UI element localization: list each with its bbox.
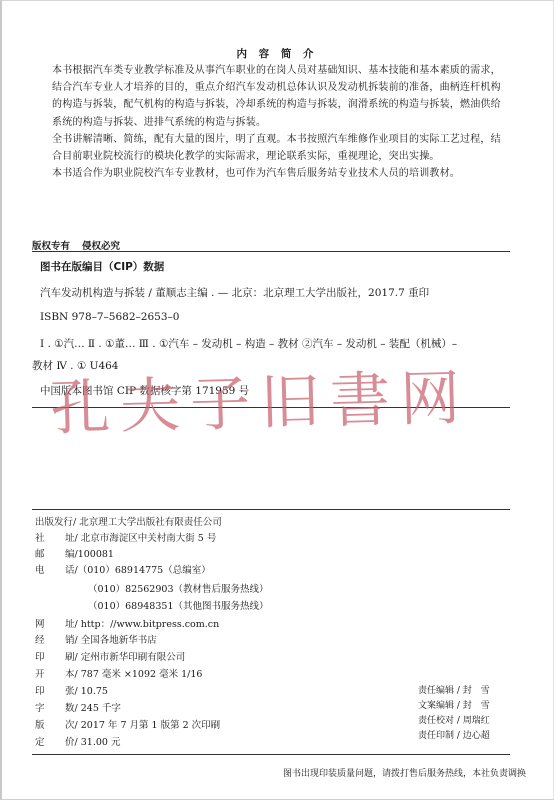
divider-bottom [32,754,510,755]
cip-record-number: 中国版本图书馆 CIP 数据核字第 171959 号 [40,383,249,398]
phone-other-hotline: （010）68948351（其他图书服务热线） [88,598,269,612]
distributor-value: / 全国各地新华书店 [75,633,157,648]
edition-value: / 2017 年 7 月第 1 版第 2 次印刷 [75,718,221,733]
price-row: 定价/ 31.00 元 [35,735,120,750]
editor-copy: 文案编辑 / 封 雪 [418,699,508,714]
format-value: / 787 毫米 ×1092 毫米 1/16 [75,667,203,682]
intro-paragraph-1: 本书根据汽车类专业教学标准及从事汽车职业的在岗人员对基础知识、基本技能和基本素质… [32,62,502,131]
address-value: / 北京市海淀区中关村南大街 5 号 [75,531,217,546]
editor-printing: 责任印制 / 边心超 [418,729,508,744]
cip-bibliographic-line: 汽车发动机构造与拆装 / 董顺志主编 . — 北京：北京理工大学出版社，2017… [40,285,429,300]
cip-classification-2: 教材 Ⅳ . ① U464 [32,358,118,373]
intro-paragraph-1-text: 本书根据汽车类专业教学标准及从事汽车职业的在岗人员对基础知识、基本技能和基本素质… [32,62,502,131]
divider-publisher-top [32,509,510,510]
intro-paragraph-3-text: 本书适合作为职业院校汽车专业教材，也可作为汽车售后服务站专业技术人员的培训教材。 [32,165,502,182]
price-value: / 31.00 元 [75,735,121,750]
format-row: 开本/ 787 毫米 ×1092 毫米 1/16 [35,667,202,682]
postcode-row: 邮编/100081 [35,547,114,562]
distributor-row: 经销/ 全国各地新华书店 [35,633,157,648]
intro-title: 内 容 简 介 [0,46,554,61]
phone-value: /（010）68914775（总编室） [75,563,211,578]
divider-top [32,251,510,252]
publisher-row: 出版发行/ 北京理工大学出版社有限责任公司 [35,515,222,530]
edition-row: 版次/ 2017 年 7 月第 1 版第 2 次印刷 [35,718,220,733]
word-count-value: / 245 千字 [75,701,121,716]
cip-classification-1: Ⅰ . ①汽… Ⅱ . ①董… Ⅲ . ①汽车 – 发动机 – 构造 – 教材 … [40,336,457,351]
cip-isbn: ISBN 978–7–5682–2653–0 [40,311,179,323]
editor-responsible: 责任编辑 / 封 雪 [418,684,508,699]
intro-paragraph-2: 全书讲解清晰、简练，配有大量的图片，明了直观。本书按照汽车维修作业项目的实际工艺… [32,131,502,165]
sheets-value: / 10.75 [75,684,108,699]
copyright-notice: 版权专有侵权必究 [32,238,120,252]
website-value: / http：//www.bitpress.com.cn [75,617,220,632]
publisher-value: / 北京理工大学出版社有限责任公司 [73,515,222,530]
phone-sales-hotline: （010）82562903（教材售后服务热线） [88,581,269,595]
quality-notice: 图书出现印装质量问题，请拨打售后服务热线，本社负责调换 [283,766,526,779]
sheets-row: 印张/ 10.75 [35,684,108,699]
printer-row: 印刷/ 定州市新华印刷有限公司 [35,650,185,665]
address-row: 社址/ 北京市海淀区中关村南大街 5 号 [35,531,216,546]
word-count-row: 字数/ 245 千字 [35,701,121,716]
phone-row: 电话/（010）68914775（总编室） [35,563,211,578]
intro-paragraph-2-text: 全书讲解清晰、简练，配有大量的图片，明了直观。本书按照汽车维修作业项目的实际工艺… [32,131,502,165]
postcode-value: /100081 [75,547,114,562]
cip-title: 图书在版编目（CIP）数据 [40,259,164,274]
publisher-label: 出版发行 [35,517,73,528]
printer-value: / 定州市新华印刷有限公司 [75,650,186,665]
editors-list: 责任编辑 / 封 雪 文案编辑 / 封 雪 责任校对 / 周瑞红 责任印制 / … [418,684,508,744]
editor-proofreader: 责任校对 / 周瑞红 [418,714,508,729]
website-row: 网址/ http：//www.bitpress.com.cn [35,617,219,632]
divider-cip-bottom [32,407,510,408]
intro-paragraph-3: 本书适合作为职业院校汽车专业教材，也可作为汽车售后服务站专业技术人员的培训教材。 [32,165,502,182]
